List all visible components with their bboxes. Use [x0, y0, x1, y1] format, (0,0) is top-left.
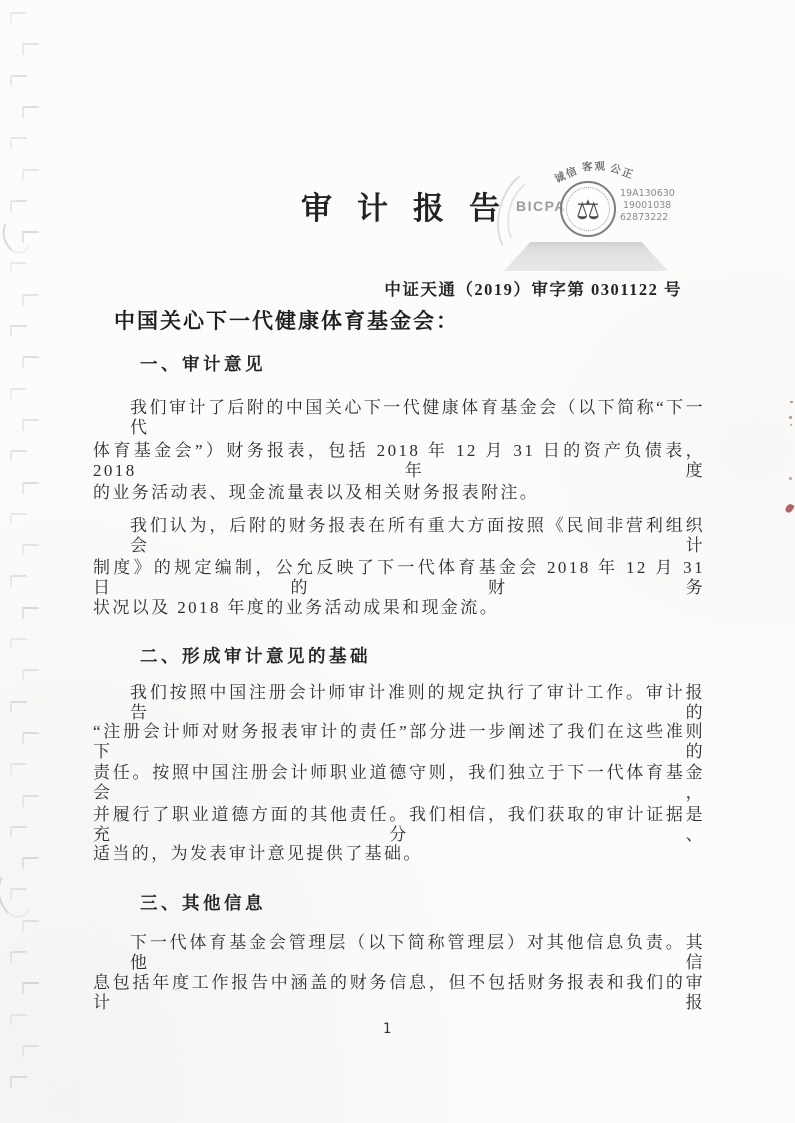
addressee-heading: 中国关心下一代健康体育基金会： — [114, 305, 459, 335]
binding-hole-mark — [22, 732, 39, 745]
section-heading-other-information: 三、其他信息 — [140, 890, 266, 915]
binding-hole-mark — [10, 638, 27, 651]
binding-hole-mark — [22, 982, 39, 994]
binding-hole-mark — [10, 1076, 27, 1088]
stamp-registration-numbers: 19A130630 19001038 62873222 — [620, 188, 675, 224]
section-heading-audit-opinion: 一、审计意见 — [140, 351, 266, 376]
seal-logo: ⚖ — [560, 181, 616, 237]
binding-hole-mark — [22, 544, 39, 557]
stamp-org-abbr: BICPA — [516, 198, 566, 214]
binding-hole-mark — [10, 450, 27, 463]
body-line: 体育基金会”）财务报表，包括 2018 年 12 月 31 日的资产负债表，20… — [93, 441, 705, 481]
stamp-embossed-ribbon — [504, 242, 668, 271]
red-edge-mark — [790, 401, 793, 403]
red-edge-mark — [790, 424, 792, 426]
binding-hole-mark — [10, 763, 27, 776]
body-line: 我们审计了后附的中国关心下一代健康体育基金会（以下简称“下一代 — [93, 398, 705, 438]
body-line: 我们认为，后附的财务报表在所有重大方面按照《民间非营利组织会计 — [93, 516, 705, 556]
binding-hole-mark — [22, 669, 39, 682]
binding-hole-mark — [22, 43, 39, 55]
binding-hole-mark — [22, 481, 39, 494]
binding-hole-mark — [10, 325, 27, 337]
binding-hole-mark — [22, 293, 39, 306]
binding-hole-mark — [10, 200, 27, 213]
red-edge-mark — [789, 416, 792, 419]
binding-hole-mark — [22, 106, 39, 119]
binding-hole-mark — [10, 262, 27, 275]
binding-hole-mark — [10, 951, 27, 964]
body-line: 下一代体育基金会管理层（以下简称管理层）对其他信息负责。其他信 — [93, 933, 705, 973]
binding-hole-mark — [22, 168, 39, 181]
red-edge-mark — [789, 477, 792, 480]
scan-artifact-curve — [0, 213, 35, 257]
binding-hole-mark — [10, 137, 27, 149]
binding-hole-mark — [10, 575, 27, 588]
binding-hole-mark — [22, 607, 39, 619]
binding-hole-mark — [22, 419, 39, 431]
bicpa-stamp: 诚信 客观 公正 BICPA ⚖ 19A130630 19001038 6287… — [490, 150, 710, 280]
body-line: 责任。按照中国注册会计师职业道德守则，我们独立于下一代体育基金会， — [93, 763, 705, 803]
body-line: 适当的，为发表审计意见提供了基础。 — [93, 844, 705, 864]
body-line: 并履行了职业道德方面的其他责任。我们相信，我们获取的审计证据是充分、 — [93, 805, 705, 845]
binding-hole-mark — [10, 513, 27, 525]
binding-hole-mark — [10, 387, 27, 400]
stamp-motto-word: 客观 — [582, 159, 608, 175]
stamp-number: 19A130630 — [620, 188, 675, 200]
binding-hole-mark — [22, 795, 39, 807]
binding-hole-mark — [22, 356, 39, 369]
binding-hole-mark — [10, 74, 27, 87]
red-edge-mark — [784, 503, 794, 514]
binding-hole-mark — [22, 1045, 39, 1058]
page-number: 1 — [372, 1021, 402, 1037]
body-line: 状况以及 2018 年度的业务活动成果和现金流。 — [93, 598, 705, 618]
document-number: 中证天通（2019）审字第 0301122 号 — [384, 276, 682, 300]
scan-artifact-curve — [0, 865, 38, 920]
body-line: 息包括年度工作报告中涵盖的财务信息，但不包括财务报表和我们的审计报 — [93, 973, 705, 1013]
binding-hole-mark — [10, 12, 27, 25]
stamp-motto-word: 公正 — [608, 160, 637, 183]
binding-hole-mark — [10, 701, 27, 713]
binding-hole-mark — [10, 1013, 27, 1026]
binding-hole-mark — [10, 826, 27, 839]
body-line: 的业务活动表、现金流量表以及相关财务报表附注。 — [93, 483, 705, 503]
stamp-number: 62873222 — [620, 212, 675, 224]
binding-hole-mark — [22, 857, 39, 870]
stamp-number: 19001038 — [620, 200, 675, 212]
seal-ring-microtext — [566, 187, 610, 231]
body-line: 我们按照中国注册会计师审计准则的规定执行了审计工作。审计报告的 — [93, 683, 705, 723]
body-line: “注册会计师对财务报表审计的责任”部分进一步阐述了我们在这些准则下的 — [93, 722, 705, 762]
audit-report-page: 审计报告 诚信 客观 公正 BICPA ⚖ 19A130630 19001038… — [0, 0, 795, 1123]
body-line: 制度》的规定编制，公允反映了下一代体育基金会 2018 年 12 月 31 日的… — [93, 558, 705, 598]
section-heading-basis-for-opinion: 二、形成审计意见的基础 — [140, 643, 371, 668]
binding-hole-mark — [22, 919, 39, 932]
